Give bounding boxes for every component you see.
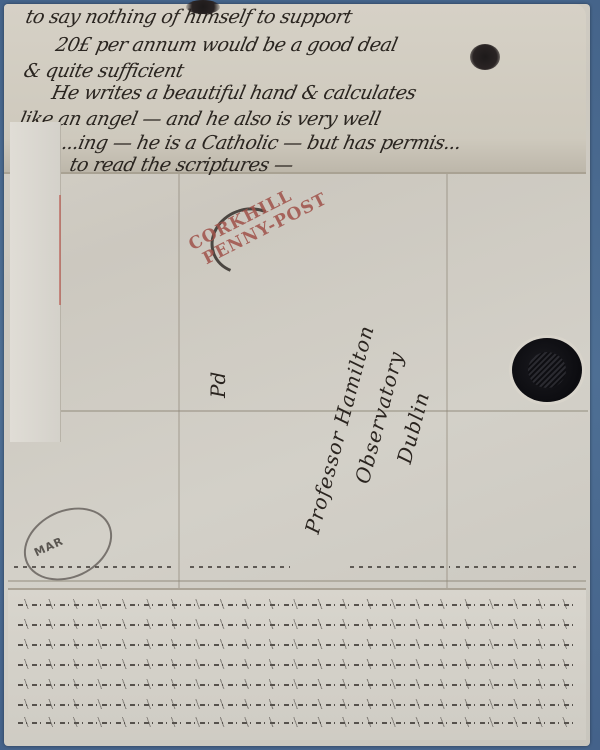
seal-impression bbox=[528, 352, 566, 388]
shorthand-line bbox=[456, 566, 576, 568]
shorthand-line bbox=[18, 722, 578, 724]
shorthand-line bbox=[18, 664, 578, 666]
shorthand-line bbox=[350, 566, 450, 568]
red-edge-mark bbox=[59, 195, 61, 305]
paid-mark: Pd bbox=[206, 372, 230, 398]
shorthand-line bbox=[18, 644, 578, 646]
fold-line bbox=[8, 580, 586, 582]
paper-strip bbox=[10, 122, 61, 442]
shorthand-line bbox=[18, 624, 578, 626]
fold-line bbox=[60, 410, 588, 412]
shorthand-line bbox=[14, 566, 174, 568]
handwritten-line: & quite sufficient bbox=[22, 60, 186, 82]
handwritten-line: ...ing — he is a Catholic — but has perm… bbox=[60, 132, 464, 154]
shorthand-line bbox=[18, 684, 578, 686]
shorthand-line bbox=[18, 604, 578, 606]
fold-line bbox=[446, 172, 448, 592]
shorthand-section bbox=[8, 588, 586, 740]
ink-blot bbox=[470, 44, 500, 70]
shorthand-line bbox=[18, 704, 578, 706]
fold-line bbox=[178, 172, 180, 592]
wax-seal bbox=[512, 338, 582, 402]
handwritten-line: 20£ per annum would be a good deal bbox=[54, 34, 400, 56]
top-flap: to say nothing of himself to support 20£… bbox=[4, 4, 586, 174]
shorthand-line bbox=[190, 566, 290, 568]
handwritten-line: He writes a beautiful hand & calculates bbox=[50, 82, 418, 104]
handwritten-line: to read the scriptures — bbox=[68, 154, 296, 176]
oval-stamp-text: MAR bbox=[32, 534, 66, 559]
ink-blot bbox=[186, 0, 220, 14]
handwritten-line: like an angel — and he also is very well bbox=[18, 108, 383, 130]
